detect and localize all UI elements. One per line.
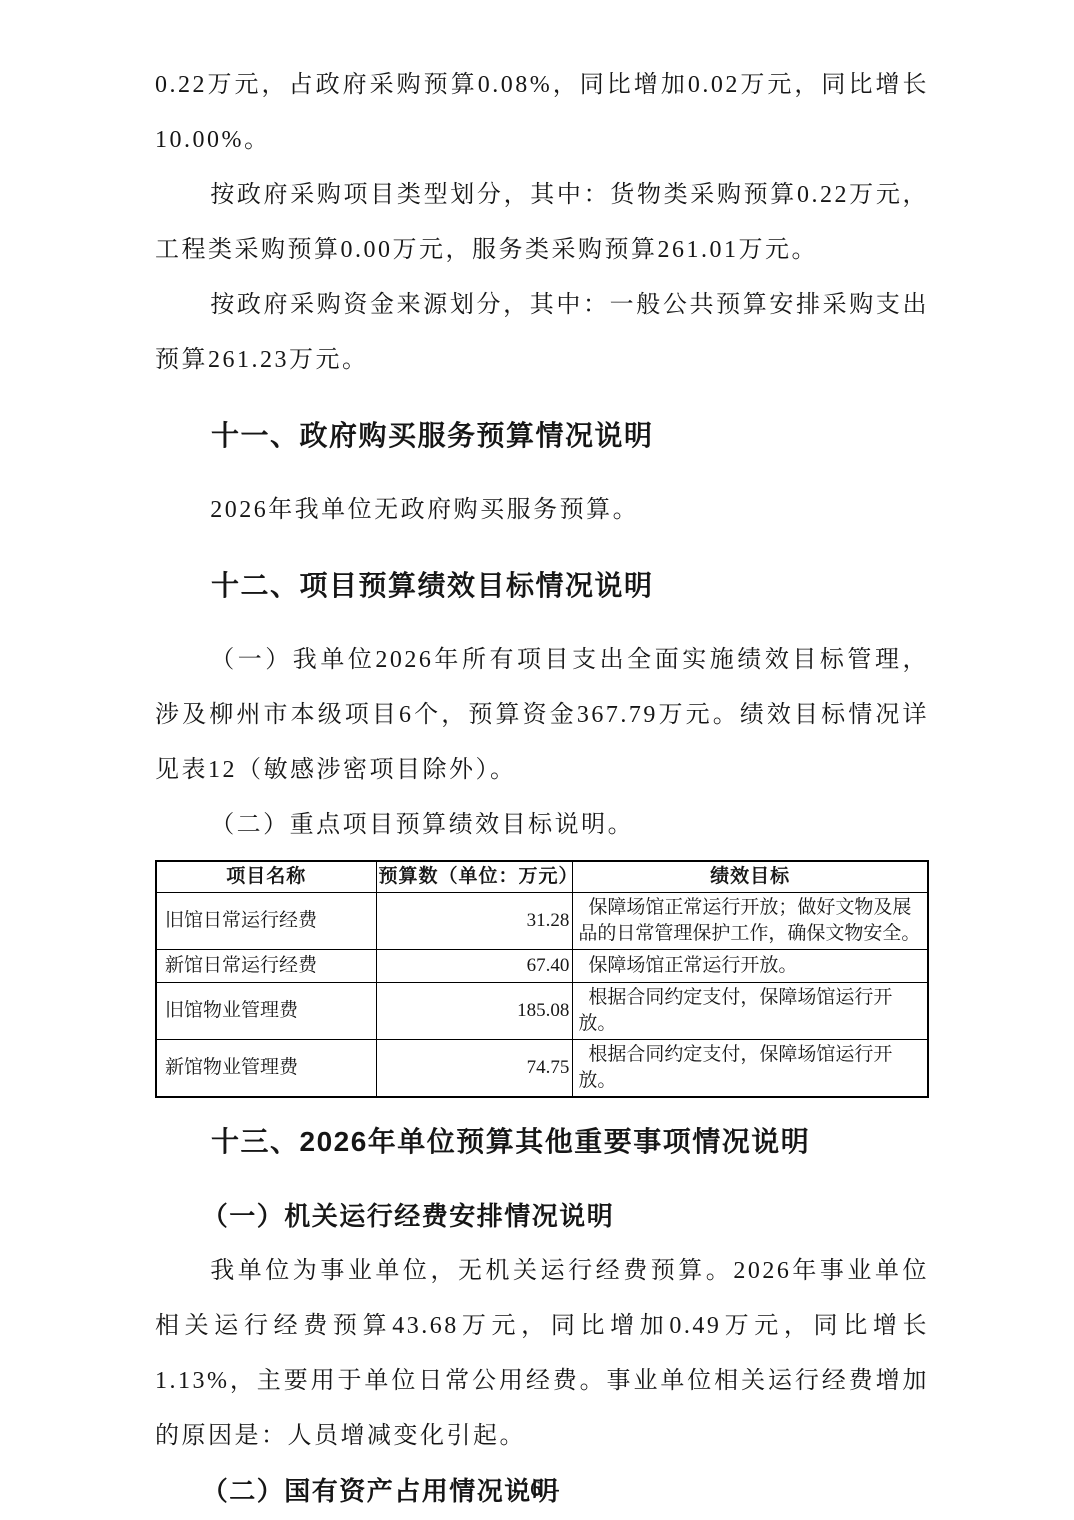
section-12-para-1: （一）我单位2026年所有项目支出全面实施绩效目标管理，涉及柳州市本级项目6个，…: [155, 633, 929, 798]
table-row: 旧馆物业管理费 185.08 根据合同约定支付，保障场馆运行开放。: [156, 983, 928, 1040]
document-page: 0.22万元，占政府采购预算0.08%，同比增加0.02万元，同比增长10.00…: [0, 0, 1074, 1520]
budget-cell: 31.28: [376, 893, 573, 950]
procurement-by-type-paragraph: 按政府采购项目类型划分，其中：货物类采购预算0.22万元，工程类采购预算0.00…: [155, 168, 929, 278]
project-name-cell: 旧馆日常运行经费: [156, 893, 376, 950]
budget-cell: 185.08: [376, 983, 573, 1040]
section-13-sub-1-heading: （一）机关运行经费安排情况说明: [155, 1189, 929, 1244]
target-cell: 根据合同约定支付，保障场馆运行开放。: [573, 983, 928, 1040]
target-cell: 保障场馆正常运行开放；做好文物及展品的日常管理保护工作，确保文物安全。: [573, 893, 928, 950]
table-header-row: 项目名称 预算数（单位：万元） 绩效目标: [156, 861, 928, 893]
continuation-paragraph: 0.22万元，占政府采购预算0.08%，同比增加0.02万元，同比增长10.00…: [155, 58, 929, 168]
header-project-name: 项目名称: [156, 861, 376, 893]
table-row: 新馆日常运行经费 67.40 保障场馆正常运行开放。: [156, 950, 928, 983]
section-12-para-2: （二）重点项目预算绩效目标说明。: [155, 798, 929, 853]
budget-cell: 67.40: [376, 950, 573, 983]
project-name-cell: 新馆物业管理费: [156, 1040, 376, 1098]
project-name-cell: 新馆日常运行经费: [156, 950, 376, 983]
section-12-heading: 十二、项目预算绩效目标情况说明: [155, 558, 929, 613]
section-11-heading: 十一、政府购买服务预算情况说明: [155, 408, 929, 463]
performance-target-table: 项目名称 预算数（单位：万元） 绩效目标 旧馆日常运行经费 31.28 保障场馆…: [155, 860, 929, 1098]
table-row: 新馆物业管理费 74.75 根据合同约定支付，保障场馆运行开放。: [156, 1040, 928, 1098]
target-cell: 保障场馆正常运行开放。: [573, 950, 928, 983]
page-number: - 6 -: [0, 1476, 1074, 1502]
header-budget-amount: 预算数（单位：万元）: [376, 861, 573, 893]
procurement-by-fund-paragraph: 按政府采购资金来源划分，其中：一般公共预算安排采购支出预算261.23万元。: [155, 278, 929, 388]
header-performance-target: 绩效目标: [573, 861, 928, 893]
page-content: 0.22万元，占政府采购预算0.08%，同比增加0.02万元，同比增长10.00…: [155, 58, 929, 1519]
target-cell: 根据合同约定支付，保障场馆运行开放。: [573, 1040, 928, 1098]
project-name-cell: 旧馆物业管理费: [156, 983, 376, 1040]
section-13-heading: 十三、2026年单位预算其他重要事项情况说明: [155, 1114, 929, 1169]
budget-cell: 74.75: [376, 1040, 573, 1098]
section-11-body: 2026年我单位无政府购买服务预算。: [155, 483, 929, 538]
section-13-sub-1-body: 我单位为事业单位，无机关运行经费预算。2026年事业单位相关运行经费预算43.6…: [155, 1244, 929, 1464]
table-row: 旧馆日常运行经费 31.28 保障场馆正常运行开放；做好文物及展品的日常管理保护…: [156, 893, 928, 950]
